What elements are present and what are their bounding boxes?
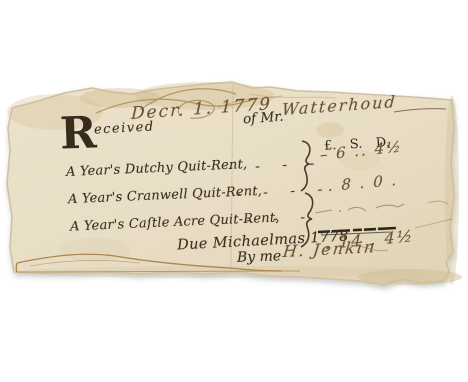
paper-scan-background	[0, 0, 468, 382]
photo-of-receipt: R eceived Decr. 1. 1779 of Mr. Watterhou…	[0, 0, 468, 382]
